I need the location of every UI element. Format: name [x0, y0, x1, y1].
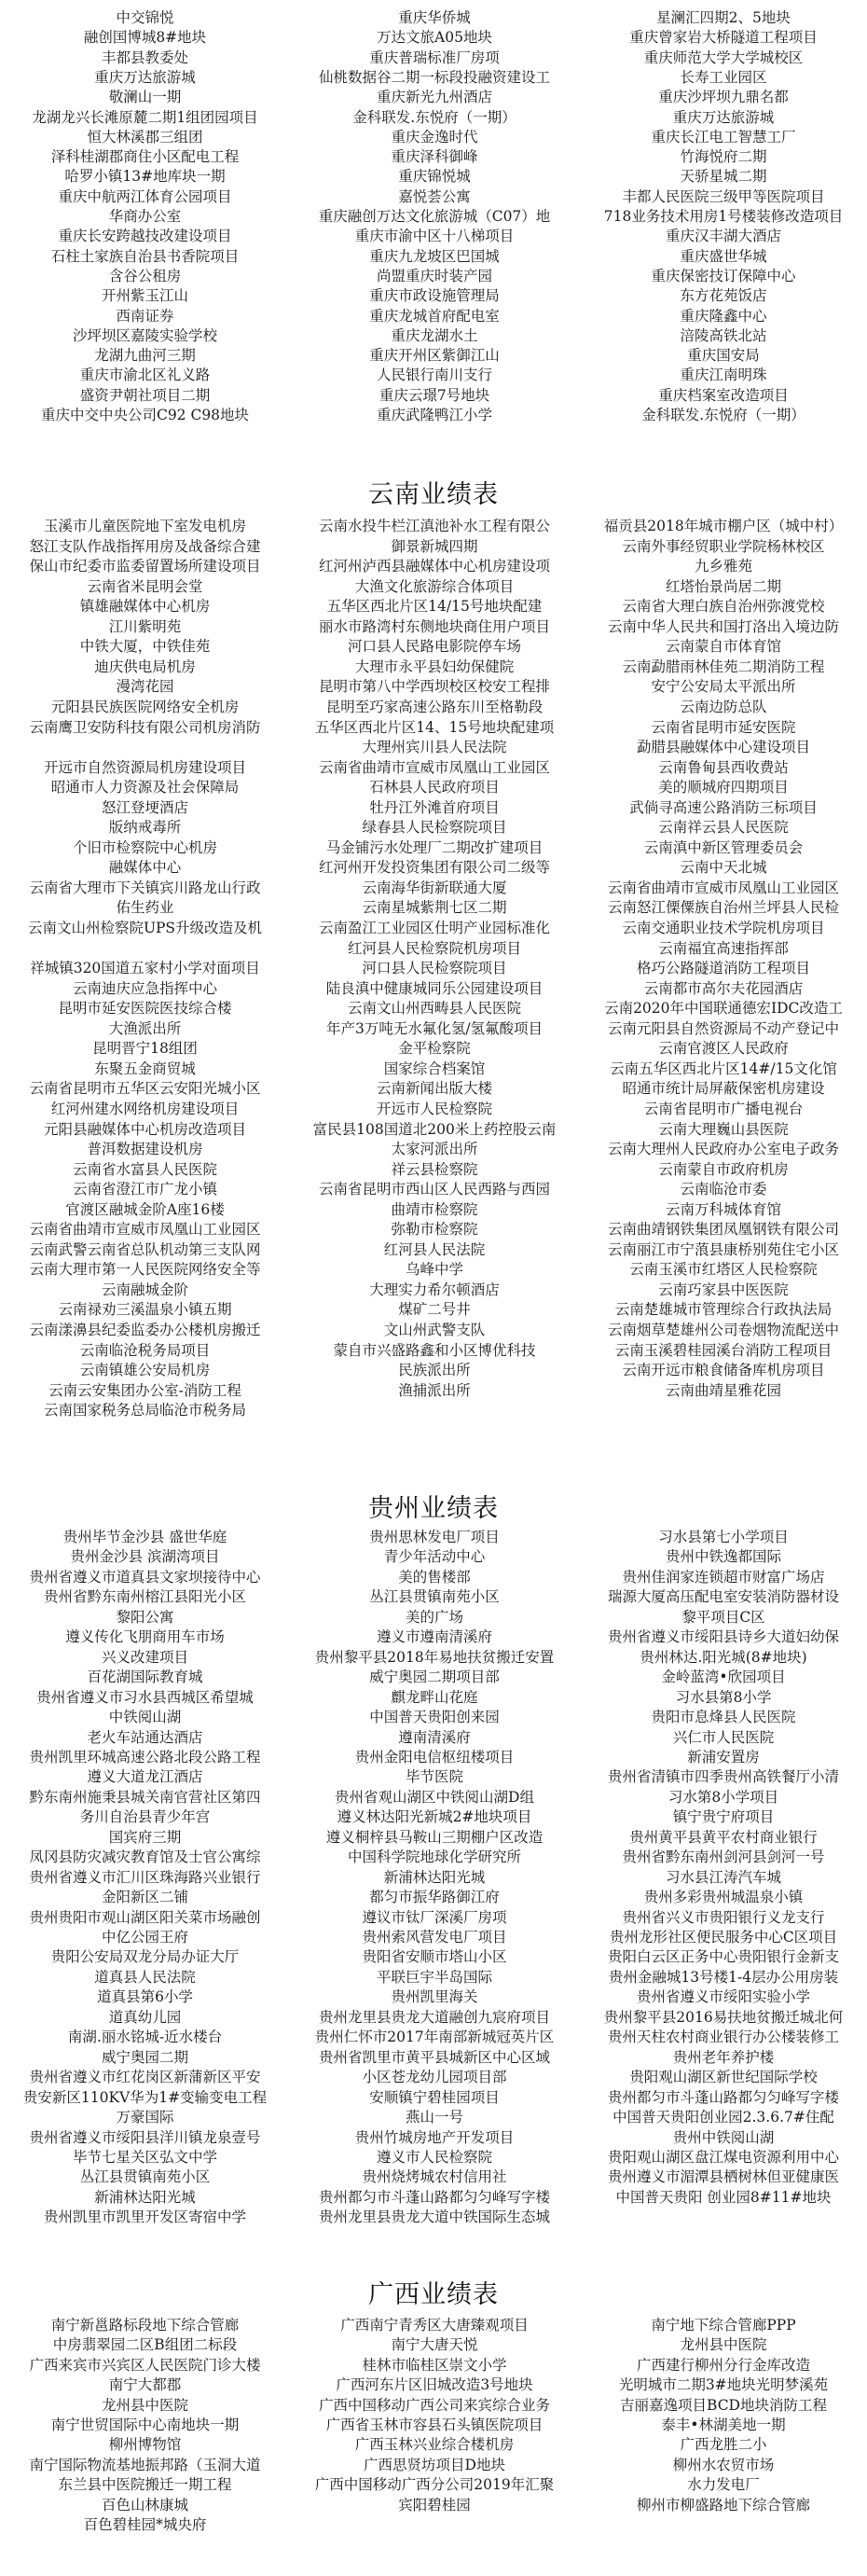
project-name-cell: 尚盟重庆时装产园 [296, 267, 572, 286]
table-row: 中房翡翠园二区B组团二标段南宁大唐天悦龙州县中医院 [0, 2335, 867, 2355]
table-row: 贵州省遵义市红花岗区新蒲新区平安小区苍龙幼儿园项目部贵阳观山湖区新世纪国际学校 [0, 2068, 867, 2087]
project-name-cell: 五华区西北片区14/15号地块配建 [296, 597, 572, 616]
project-name-cell: 云南云安集团办公室-消防工程 [7, 1381, 282, 1401]
table-row: 大渔派出所年产3万吨无水氟化氢/氢氟酸项目云南元阳县自然资源局不动产登记中 [0, 1019, 867, 1039]
section-title: 云南业绩表 [0, 480, 867, 510]
project-name-cell: 万豪国际 [7, 2108, 282, 2127]
project-name-cell: 版纳戒毒所 [7, 818, 282, 838]
project-name-cell: 大理实力希尔顿酒店 [296, 1281, 572, 1300]
project-name-cell: 老火车站通达酒店 [7, 1728, 282, 1748]
project-name-cell: 习水县江涛汽车城 [584, 1868, 863, 1888]
table-row: 贵州省遵义市习水县西城区希望城麒龙畔山花庭习水县第8小学 [0, 1688, 867, 1708]
project-name-cell: 云南玉溪碧桂园溪台消防工程项目 [584, 1341, 863, 1361]
project-name-cell: 桂林市临桂区崇文小学 [296, 2356, 572, 2375]
project-name-cell: 红河州开发投资集团有限公司二级等 [296, 858, 572, 878]
table-row: 威宁奥园二期贵州省凯里市黄平县城新区中心区域贵州老年养护楼 [0, 2048, 867, 2068]
project-name-cell: 遵义市人民检察院 [296, 2148, 572, 2167]
project-name-cell: 五华区西北片区14、15号地块配建项 [296, 718, 572, 738]
project-name-cell: 红塔怡景尚居二期 [584, 577, 863, 597]
project-name-cell: 贵州省遵义市道真县文家坝接待中心 [7, 1568, 282, 1587]
project-name-cell: 玉溪市儿童医院地下室发电机房 [7, 517, 282, 536]
project-name-cell: 贵州都匀市斗蓬山路都匀匀峰写字楼 [296, 2188, 572, 2208]
table-row: 怒江支队作战指挥用房及战备综合建御景新城四期云南外事经贸职业学院杨林校区 [0, 537, 867, 557]
table-row: 华商办公室重庆融创万达文化旅游城（C07）地718业务技术用房1号楼装修改造项目 [0, 207, 867, 227]
project-name-cell: 习水县第七小学项目 [584, 1528, 863, 1547]
project-name-cell: 开远市人民检察院 [296, 1100, 572, 1119]
project-name-cell: 国家综合档案馆 [296, 1059, 572, 1079]
table-row: 元阳县融媒体中心机房改造项目富民县108国道北200米上药控股云南云南大理巍山县… [0, 1120, 867, 1140]
project-name-cell: 云南勐腊雨林佳苑二期消防工程 [584, 658, 863, 677]
project-name-cell: 贵州毕节金沙县 盛世华庭 [7, 1528, 282, 1547]
project-name-cell: 西南证券 [7, 307, 282, 326]
project-name-cell: 云南国家税务总局临沧市税务局 [7, 1401, 282, 1420]
table-row: 金阳新区二铺都匀市振华路御江府贵州多彩贵州城温泉小镇 [0, 1888, 867, 1907]
project-name-cell: 云南新闻出版大楼 [296, 1079, 572, 1099]
table-row: 贵州省遵义市绥阳县洋川镇龙泉壹号贵州竹城房地产开发项目贵州中铁阅山湖 [0, 2128, 867, 2148]
project-name-cell: 云南文山州西畴县人民医院 [296, 999, 572, 1018]
project-name-cell: 云南迪庆应急指挥中心 [7, 979, 282, 999]
table-row: 南宁国际物流基地振邦路（玉洞大道广西思贤坊项目D地块柳州水农贸市场 [0, 2456, 867, 2475]
project-name-cell: 绿春县人民检察院项目 [296, 818, 572, 838]
project-name-cell: 黔东南州施秉县城关南官营社区第四 [7, 1788, 282, 1807]
table-row: 东兰县中医院搬迁一期工程广西中国移动广西分公司2019年汇聚水力发电厂 [0, 2475, 867, 2495]
project-name-cell: 重庆盛世华城 [584, 247, 863, 267]
project-name-cell: 黎阳公寓 [7, 1608, 282, 1627]
project-name-cell: 昭通市统计局屏蔽保密机房建设 [584, 1079, 863, 1099]
project-name-cell: 重庆新光九州酒店 [296, 88, 572, 107]
table-row: 哈罗小镇13#地库块一期重庆锦悦城天骄星城二期 [0, 167, 867, 187]
table-row: 毕节七星关区弘文中学遵义市人民检察院贵阳观山湖区盘江煤电资源利用中心 [0, 2148, 867, 2167]
project-name-cell: 重庆万达旅游城 [584, 108, 863, 128]
table-row: 务川自治县青少年宫遵义林达阳光新城2#地块项目镇宁贵宁府项目 [0, 1807, 867, 1827]
project-name-cell: 贵州省观山湖区中铁阅山湖D组 [296, 1788, 572, 1807]
project-name-cell: 遵义传化飞朋商用车市场 [7, 1627, 282, 1647]
project-name-cell: 金科联发.东悦府（一期） [584, 406, 863, 425]
table-row: 版纳戒毒所绿春县人民检察院项目云南祥云县人民医院 [0, 818, 867, 838]
project-name-cell: 贵阳市息烽县人民医院 [584, 1708, 863, 1727]
table-row: 贵州凯里环城高速公路北段公路工程贵州金阳电信枢纽楼项目新浦安置房 [0, 1748, 867, 1767]
project-name-cell: 新浦林达阳光城 [7, 2188, 282, 2208]
table-row: 沙坪坝区嘉陵实验学校重庆龙湖水土涪陵高铁北站 [0, 326, 867, 346]
table-row: 云南云安集团办公室-消防工程渔捕派出所云南曲靖星雅花园 [0, 1381, 867, 1401]
project-name-cell: 云南楚雄城市管理综合行政执法局 [584, 1300, 863, 1320]
project-name-cell: 贵阳省安顺市塔山小区 [296, 1947, 572, 1967]
project-name-cell: 盛资尹朝社项目二期 [7, 386, 282, 406]
project-name-cell: 百色山林康城 [7, 2496, 282, 2515]
project-name-cell: 东聚五金商贸城 [7, 1059, 282, 1079]
project-name-cell: 中铁阅山湖 [7, 1708, 282, 1727]
table-row: 贵州毕节金沙县 盛世华庭贵州思林发电厂项目习水县第七小学项目 [0, 1528, 867, 1547]
project-name-cell: 贵州中铁阅山湖 [584, 2128, 863, 2148]
project-name-cell: 道真幼儿园 [7, 2008, 282, 2028]
project-name-cell: 云南大理州人民政府办公室电子政务 [584, 1140, 863, 1159]
table-row: 迪庆供电局机房大理市永平县妇幼保健院云南勐腊雨林佳苑二期消防工程 [0, 658, 867, 677]
table-row: 恒大林溪郡三组团重庆金逸时代重庆长江电工智慧工厂 [0, 128, 867, 147]
project-name-cell: 重庆锦悦城 [296, 167, 572, 187]
table-row: 元阳县民族医院网络安全机房昆明至巧家高速公路东川至格勒段云南边防总队 [0, 698, 867, 717]
project-name-cell: 丛江县贯镇南苑小区 [7, 2167, 282, 2187]
project-name-cell: 陆良滇中健康城同乐公园建设项目 [296, 979, 572, 999]
project-name-cell [7, 939, 282, 959]
section-title: 广西业绩表 [0, 2280, 867, 2310]
project-name-cell: 漫湾花园 [7, 677, 282, 697]
project-name-cell: 瑞源大厦高压配电室安装消防器材设 [584, 1587, 863, 1607]
project-name-cell: 重庆市渝中区十八梯项目 [296, 227, 572, 246]
table-row: 南湖.丽水铭城-近水楼台贵州仁怀市2017年南部新城冠英片区贵州天柱农村商业银行… [0, 2028, 867, 2047]
project-name-cell: 金平检察院 [296, 1039, 572, 1059]
project-name-cell: 佑生药业 [7, 898, 282, 918]
project-name-cell: 重庆隆鑫中心 [584, 307, 863, 326]
project-name-cell [7, 738, 282, 757]
project-name-cell: 贵州黎平县2016易扶地贫搬迁城北何 [584, 2008, 863, 2028]
project-name-cell: 遵议市钛厂深溪厂房项 [296, 1908, 572, 1928]
project-name-cell: 中国普天贵阳创业园2.3.6.7#住配 [584, 2108, 863, 2127]
project-name-cell: 红河州泸西县融媒体中心机房建设项 [296, 557, 572, 576]
project-name-cell: 民族派出所 [296, 1361, 572, 1380]
table-row: 云南武警云南省总队机动第三支队网红河县人民法院云南丽江市宁蒗县康桥别苑住宅小区 [0, 1240, 867, 1260]
table-row: 重庆万达旅游城仙桃数据谷二期一标段投融资建设工长寿工业园区 [0, 68, 867, 88]
project-name-cell: 南宁新邕路标段地下综合管廊 [7, 2316, 282, 2335]
table-row: 云南鹰卫安防科技有限公司机房消防五华区西北片区14、15号地块配建项云南省昆明市… [0, 718, 867, 738]
project-name-cell: 贵州黎平县2018年易地扶贫搬迁安置 [296, 1648, 572, 1668]
table-row: 云南省昆明市五华区云安阳光城小区云南新闻出版大楼昭通市统计局屏蔽保密机房建设 [0, 1079, 867, 1099]
table-row: 玉溪市儿童医院地下室发电机房云南水投牛栏江滇池补水工程有限公福贡县2018年城市… [0, 517, 867, 536]
project-name-cell: 怒江登埂酒店 [7, 798, 282, 818]
project-name-cell: 重庆融创万达文化旅游城（C07）地 [296, 207, 572, 227]
project-name-cell: 云南边防总队 [584, 698, 863, 717]
project-name-cell: 贵州中铁逸都国际 [584, 1547, 863, 1567]
project-name-cell: 广西建行柳州分行金库改造 [584, 2356, 863, 2375]
project-name-cell: 昆明晋宁18组团 [7, 1039, 282, 1059]
project-name-cell: 开州紫玉江山 [7, 286, 282, 306]
project-name-cell: 重庆市渝北区礼义路 [7, 366, 282, 385]
project-name-cell: 贵州凯里环城高速公路北段公路工程 [7, 1748, 282, 1767]
project-name-cell: 红河县人民法院 [296, 1240, 572, 1260]
project-name-cell: 太家河派出所 [296, 1140, 572, 1159]
project-name-cell: 河口县人民检察院项目 [296, 959, 572, 978]
project-name-cell: 东兰县中医院搬迁一期工程 [7, 2475, 282, 2495]
project-name-cell: 兴仁市人民医院 [584, 1728, 863, 1748]
table-row: 百花湖国际教育城威宁奥园二期项目部金岭蓝湾•欣园项目 [0, 1668, 867, 1687]
project-name-cell: 御景新城四期 [296, 537, 572, 557]
project-name-cell: 云南省昆明市西山区人民西路与西园 [296, 1180, 572, 1199]
project-name-cell: 重庆曾家岩大桥隧道工程项目 [584, 28, 863, 48]
project-name-cell: 云南2020年中国联通德宏IDC改造工 [584, 999, 863, 1018]
project-name-cell: 贵州凯里海关 [296, 1987, 572, 2007]
project-name-cell [296, 2515, 572, 2535]
project-name-cell: 云南省曲靖市宣威市凤凰山工业园区 [296, 758, 572, 778]
table-row: 南宁大都郡广西河东片区旧城改造3号地块光明城市二期3#地块光明梦溪苑 [0, 2375, 867, 2395]
project-name-cell: 重庆武隆鸭江小学 [296, 406, 572, 425]
table-row: 敬澜山一期重庆新光九州酒店重庆沙坪坝九鼎名都 [0, 88, 867, 107]
project-name-cell: 贵州省清镇市四季贵州高铁餐厅小清 [584, 1767, 863, 1787]
project-name-cell: 镇宁贵宁府项目 [584, 1807, 863, 1827]
project-name-cell: 贵阳观山湖区新世纪国际学校 [584, 2068, 863, 2087]
project-name-cell: 河口县人民路电影院停车场 [296, 637, 572, 657]
project-name-cell: 威宁奥园二期项目部 [296, 1668, 572, 1687]
table-row: 贵州凯里市凯里开发区寄宿中学贵州龙里县贵龙大道中铁国际生态城 [0, 2208, 867, 2227]
table-row: 贵州贵阳市观山湖区阳关菜市场融创遵议市钛厂深溪厂房项贵州省兴义市贵阳银行义龙支行 [0, 1908, 867, 1928]
project-name-cell: 贵州金融城13号楼1-4层办公用房装 [584, 1968, 863, 1987]
project-name-cell: 云南都市高尔夫花园酒店 [584, 979, 863, 999]
project-name-cell: 百花湖国际教育城 [7, 1668, 282, 1687]
table-row: 中铁阅山湖中国普天贵阳创来园贵阳市息烽县人民医院 [0, 1708, 867, 1727]
project-name-cell: 丛江县贯镇南苑小区 [296, 1587, 572, 1607]
table-row: 道真幼儿园贵州龙里县贵龙大道融创九宸府项目贵州黎平县2016易扶地贫搬迁城北何 [0, 2008, 867, 2028]
project-name-cell: 平联巨宇半岛国际 [296, 1968, 572, 1987]
table-row: 佑生药业云南星城紫荆七区二期云南怒江傈僳族自治州兰坪县人民检 [0, 898, 867, 918]
project-name-cell: 大渔派出所 [7, 1019, 282, 1039]
project-name-cell: 煤矿二号井 [296, 1300, 572, 1320]
project-name-cell: 龙湖九曲河三期 [7, 346, 282, 366]
table-row: 怒江登埂酒店牡丹江外滩首府项目武倘寻高速公路消防三标项目 [0, 798, 867, 818]
project-name-cell: 贵州省黔东南州榕江县阳光小区 [7, 1587, 282, 1607]
project-name-cell: 云南元阳县自然资源局不动产登记中 [584, 1019, 863, 1039]
project-name-cell: 迪庆供电局机房 [7, 658, 282, 677]
project-name-cell: 云南外事经贸职业学院杨林校区 [584, 537, 863, 557]
table-row: 祥城镇320国道五家村小学对面项目河口县人民检察院项目格巧公路隧道消防工程项目 [0, 959, 867, 978]
project-name-cell: 贵州龙形社区便民服务中心C区项目 [584, 1928, 863, 1947]
project-name-cell: 元阳县民族医院网络安全机房 [7, 698, 282, 717]
table-row: 贵安新区110KV华为1#变输变电工程安顺镇宁碧桂园项目贵州都匀市斗蓬山路都匀匀… [0, 2088, 867, 2108]
project-name-cell: 云南曲靖星雅花园 [584, 1381, 863, 1401]
project-name-cell: 毕节七星关区弘文中学 [7, 2148, 282, 2167]
project-name-cell: 重庆龙湖水土 [296, 326, 572, 346]
table-row: 南宁新邕路标段地下综合管廊广西南宁青秀区大唐臻观项目南宁地下综合管廊PPP [0, 2316, 867, 2335]
project-name-cell: 龙州县中医院 [7, 2396, 282, 2416]
project-name-cell: 贵州天柱农村商业银行办公楼装修工 [584, 2028, 863, 2047]
project-name-cell: 青少年活动中心 [296, 1547, 572, 1567]
project-name-cell: 贵州省凯里市黄平县城新区中心区域 [296, 2048, 572, 2068]
project-name-cell: 中铁大厦，中铁佳苑 [7, 637, 282, 657]
project-name-cell: 南宁国际物流基地振邦路（玉洞大道 [7, 2456, 282, 2475]
project-name-cell: 年产3万吨无水氟化氢/氢氟酸项目 [296, 1019, 572, 1039]
project-name-cell: 美的顺城府四期项目 [584, 778, 863, 797]
table-row: 百色碧桂园*城央府 [0, 2515, 867, 2535]
project-name-cell: 祥云县检察院 [296, 1160, 572, 1180]
project-name-cell: 格巧公路隧道消防工程项目 [584, 959, 863, 978]
project-name-cell: 水力发电厂 [584, 2475, 863, 2495]
table-row: 云南融城金阶大理实力希尔顿酒店云南巧家县中医医院 [0, 1281, 867, 1300]
table-row: 昆明晋宁18组团金平检察院云南官渡区人民政府 [0, 1039, 867, 1059]
table-row: 新浦林达阳光城贵州都匀市斗蓬山路都匀匀峰写字楼中国普天贵阳 创业园8#11#地块 [0, 2188, 867, 2208]
project-name-cell: 小区苍龙幼儿园项目部 [296, 2068, 572, 2087]
project-name-cell: 广西来宾市兴宾区人民医院门诊大楼 [7, 2356, 282, 2375]
project-name-cell: 重庆云璟7号地块 [296, 386, 572, 406]
project-name-cell: 重庆市政设施管理局 [296, 286, 572, 306]
project-name-cell: 重庆普瑞标准厂房项 [296, 48, 572, 68]
table-row: 泽科桂湖郡商住小区配电工程重庆泽科御峰竹海悦府二期 [0, 147, 867, 167]
project-name-cell: 遵义大道龙江酒店 [7, 1767, 282, 1787]
table-row: 重庆长安跨越技改建设项目重庆市渝中区十八梯项目重庆汉丰湖大酒店 [0, 227, 867, 246]
project-name-cell: 习水第8小学项目 [584, 1788, 863, 1807]
project-name-cell: 云南融城金阶 [7, 1281, 282, 1300]
project-name-cell: 星澜汇四期2、5地块 [584, 8, 863, 28]
project-name-cell: 贵州烧烤城农村信用社 [296, 2167, 572, 2187]
table-row: 贵州金沙县 滨湖湾项目青少年活动中心贵州中铁逸都国际 [0, 1547, 867, 1567]
project-name-cell: 美的广场 [296, 1608, 572, 1627]
project-name-cell: 云南海华街新联通大厦 [296, 879, 572, 898]
project-name-cell: 重庆国安局 [584, 346, 863, 366]
project-name-cell: 中国科学院地球化学研究所 [296, 1848, 572, 1867]
project-name-cell: 安宁公安局太平派出所 [584, 677, 863, 697]
project-name-cell: 保山市纪委市监委留置场所建设项目 [7, 557, 282, 576]
table-row: 云南大理市第一人民医院网络安全等乌峰中学云南玉溪市红塔区人民检察院 [0, 1260, 867, 1280]
project-name-cell: 美的售楼部 [296, 1568, 572, 1587]
project-name-cell: 云南万科城体育馆 [584, 1200, 863, 1220]
project-name-cell: 重庆江南明珠 [584, 366, 863, 385]
project-name-cell: 个旧市检察院中心机房 [7, 838, 282, 858]
project-name-cell: 重庆汉丰湖大酒店 [584, 227, 863, 246]
project-name-cell: 云南鹰卫安防科技有限公司机房消防 [7, 718, 282, 738]
project-name-cell: 大理市永平县妇幼保健院 [296, 658, 572, 677]
project-name-cell: 融创国博城8#地块 [7, 28, 282, 48]
project-name-cell: 重庆中交中央公司C92 C98地块 [7, 406, 282, 425]
project-name-cell: 黎平项目C区 [584, 1608, 863, 1627]
project-name-cell: 云南曲靖钢铁集团凤凰钢铁有限公司 [584, 1220, 863, 1240]
project-name-cell: 镇雄融媒体中心机房 [7, 597, 282, 616]
project-name-cell: 云南省昆明市广播电视台 [584, 1100, 863, 1119]
project-name-cell: 云南怒江傈僳族自治州兰坪县人民检 [584, 898, 863, 918]
project-name-cell: 贵州多彩贵州城温泉小镇 [584, 1888, 863, 1907]
project-name-cell: 南湖.丽水铭城-近水楼台 [7, 2028, 282, 2047]
project-name-cell: 勐腊县融媒体中心建设项目 [584, 738, 863, 757]
project-name-cell: 金阳新区二铺 [7, 1888, 282, 1907]
project-name-cell: 弥勒市检察院 [296, 1220, 572, 1240]
table-row: 中交锦悦重庆华侨城星澜汇四期2、5地块 [0, 8, 867, 28]
project-name-cell: 贵州省遵义市红花岗区新蒲新区平安 [7, 2068, 282, 2087]
project-name-cell: 贵州竹城房地产开发项目 [296, 2128, 572, 2148]
project-name-cell [584, 1401, 863, 1420]
project-name-cell: 云南禄劝三溪温泉小镇五期 [7, 1300, 282, 1320]
project-name-cell: 贵州贵阳市观山湖区阳关菜市场融创 [7, 1908, 282, 1928]
table-row: 盛资尹朝社项目二期重庆云璟7号地块重庆档案室改造项目 [0, 386, 867, 406]
project-name-cell: 大理州宾川县人民法院 [296, 738, 572, 757]
project-name-cell: 中国普天贵阳 创业园8#11#地块 [584, 2188, 863, 2208]
project-name-cell: 毕节医院 [296, 1767, 572, 1787]
table-row: 含谷公租房尚盟重庆时装产园重庆保密技订保障中心 [0, 267, 867, 286]
project-name-cell: 云南省曲靖市宣威市凤凰山工业园区 [584, 879, 863, 898]
project-name-cell: 广西中国移动广西公司来宾综合业务 [296, 2396, 572, 2416]
table-row: 云南省水富县人民医院祥云县检察院云南蒙自市政府机房 [0, 1160, 867, 1180]
project-name-cell: 贵州黄平县黄平农村商业银行 [584, 1828, 863, 1848]
project-name-cell: 中房翡翠园二区B组团二标段 [7, 2335, 282, 2355]
table-row: 红河县人民检察院机房项目云南福宜高速指挥部 [0, 939, 867, 959]
project-name-cell: 丰都县教委处 [7, 48, 282, 68]
project-name-cell: 中交锦悦 [7, 8, 282, 28]
project-name-cell: 龙州县中医院 [584, 2335, 863, 2355]
project-name-cell: 云南盈江工业园区仕明产业园标准化 [296, 919, 572, 938]
project-name-cell: 麒龙畔山花庭 [296, 1688, 572, 1708]
table-row: 云南文山州检察院UPS升级改造及机云南盈江工业园区仕明产业园标准化云南交通职业技… [0, 919, 867, 938]
table-row: 重庆中交中央公司C92 C98地块重庆武隆鸭江小学金科联发.东悦府（一期） [0, 406, 867, 425]
table-row: 云南省澄江市广龙小镇云南省昆明市西山区人民西路与西园云南临沧市委 [0, 1180, 867, 1199]
project-name-cell: 云南福宜高速指挥部 [584, 939, 863, 959]
project-name-cell: 重庆龙城首府配电室 [296, 307, 572, 326]
project-name-cell: 云南丽江市宁蒗县康桥别苑住宅小区 [584, 1240, 863, 1260]
project-name-cell: 含谷公租房 [7, 267, 282, 286]
project-name-cell: 涪陵高铁北站 [584, 326, 863, 346]
project-name-cell: 南宁大都郡 [7, 2375, 282, 2395]
project-name-cell: 安顺镇宁碧桂园项目 [296, 2088, 572, 2108]
project-name-cell: 云南省水富县人民医院 [7, 1160, 282, 1180]
project-name-cell: 大渔文化旅游综合体项目 [296, 577, 572, 597]
project-name-cell: 重庆档案室改造项目 [584, 386, 863, 406]
project-name-cell: 中亿公园王府 [7, 1928, 282, 1947]
project-name-cell: 广西省玉林市容县石头镇医院项目 [296, 2416, 572, 2435]
project-name-cell: 东方花苑饭店 [584, 286, 863, 306]
table-row: 贵州省黔东南州榕江县阳光小区丛江县贯镇南苑小区瑞源大厦高压配电室安装消防器材设 [0, 1587, 867, 1607]
project-name-cell: 都匀市振华路御江府 [296, 1888, 572, 1907]
project-name-cell: 富民县108国道北200米上药控股云南 [296, 1120, 572, 1140]
project-name-cell: 重庆万达旅游城 [7, 68, 282, 88]
project-name-cell: 华商办公室 [7, 207, 282, 227]
table-row: 昭通市人力资源及社会保障局石林县人民政府项目美的顺城府四期项目 [0, 778, 867, 797]
project-name-cell: 仙桃数据谷二期一标段投融资建设工 [296, 68, 572, 88]
project-name-cell: 万达文旅A05地块 [296, 28, 572, 48]
project-name-cell: 云南漾濞县纪委监委办公楼机房搬迁 [7, 1321, 282, 1340]
project-name-cell: 金科联发.东悦府（一期） [296, 108, 572, 128]
project-name-cell: 云南省澄江市广龙小镇 [7, 1180, 282, 1199]
project-name-cell: 云南星城紫荆七区二期 [296, 898, 572, 918]
project-name-cell: 昆明市延安医院医技综合楼 [7, 999, 282, 1018]
project-name-cell: 重庆华侨城 [296, 8, 572, 28]
project-name-cell: 广西玉林兴业综合楼机房 [296, 2435, 572, 2455]
project-name-cell: 云南省大理白族自治州弥渡党校 [584, 597, 863, 616]
project-name-cell: 云南交通职业技术学院机房项目 [584, 919, 863, 938]
project-name-cell [296, 1401, 572, 1420]
table-row: 红河州建水网络机房建设项目开远市人民检察院云南省昆明市广播电视台 [0, 1100, 867, 1119]
project-name-cell: 贵州都匀市斗蓬山路都匀匀峰写字楼 [584, 2088, 863, 2108]
project-name-cell: 道真县人民法院 [7, 1968, 282, 1987]
project-name-cell: 国宾府三期 [7, 1828, 282, 1848]
project-name-cell: 龙湖龙兴长滩原麓二期1组团园项目 [7, 108, 282, 128]
table-row: 石柱土家族自治县书香院项目重庆九龙坡区巴国城重庆盛世华城 [0, 247, 867, 267]
table-row: 东聚五金商贸城国家综合档案馆云南五华区西北片区14#/15文化馆 [0, 1059, 867, 1079]
project-name-cell: 贵阳白云区正务中心贵阳银行金新支 [584, 1947, 863, 1967]
project-name-cell: 吉丽嘉逸项目BCD地块消防工程 [584, 2396, 863, 2416]
project-name-cell: 遵义桐梓县马鞍山三期棚户区改造 [296, 1828, 572, 1848]
project-name-cell: 昆明至巧家高速公路东川至格勒段 [296, 698, 572, 717]
table-row: 大理州宾川县人民法院勐腊县融媒体中心建设项目 [0, 738, 867, 757]
table-row: 中亿公园王府贵州索风营发电厂项目贵州龙形社区便民服务中心C区项目 [0, 1928, 867, 1947]
project-name-cell: 昆明市第八中学西坝校区校安工程排 [296, 677, 572, 697]
table-row: 龙湖龙兴长滩原麓二期1组团园项目金科联发.东悦府（一期）重庆万达旅游城 [0, 108, 867, 128]
table-row: 云南省大理市下关镇宾川路龙山行政云南海华街新联通大厦云南省曲靖市宣威市凤凰山工业… [0, 879, 867, 898]
table-row: 云南禄劝三溪温泉小镇五期煤矿二号井云南楚雄城市管理综合行政执法局 [0, 1300, 867, 1320]
project-name-cell: 福贡县2018年城市棚户区（城中村） [584, 517, 863, 536]
project-name-cell: 贵州省遵义市习水县西城区希望城 [7, 1688, 282, 1708]
table-row: 云南国家税务总局临沧市税务局 [0, 1401, 867, 1420]
project-name-cell: 石林县人民政府项目 [296, 778, 572, 797]
project-name-cell: 云南滇中新区管理委员会 [584, 838, 863, 858]
project-name-cell: 哈罗小镇13#地库块一期 [7, 167, 282, 187]
project-name-cell: 柳州博物馆 [7, 2435, 282, 2455]
table-row: 黎阳公寓美的广场黎平项目C区 [0, 1608, 867, 1627]
project-name-cell: 习水县第8小学 [584, 1688, 863, 1708]
project-name-cell: 贵州遵义市湄潭县栖树林但亚健康医 [584, 2167, 863, 2187]
project-name-cell: 金岭蓝湾•欣园项目 [584, 1668, 863, 1687]
table-row: 贵州省遵义市汇川区珠海路兴业银行新浦林达阳光城习水县江涛汽车城 [0, 1868, 867, 1888]
project-name-cell: 新浦安置房 [584, 1748, 863, 1767]
project-name-cell: 云南祥云县人民医院 [584, 818, 863, 838]
project-name-cell: 贵州省遵义市绥阳县洋川镇龙泉壹号 [7, 2128, 282, 2148]
project-name-cell: 泰丰•林湖美地一期 [584, 2416, 863, 2435]
project-name-cell: 贵州凯里市凯里开发区寄宿中学 [7, 2208, 282, 2227]
project-name-cell: 怒江支队作战指挥用房及战备综合建 [7, 537, 282, 557]
project-name-cell: 宾阳碧桂园 [296, 2496, 572, 2515]
project-name-cell: 官渡区融城金阶A座16楼 [7, 1200, 282, 1220]
